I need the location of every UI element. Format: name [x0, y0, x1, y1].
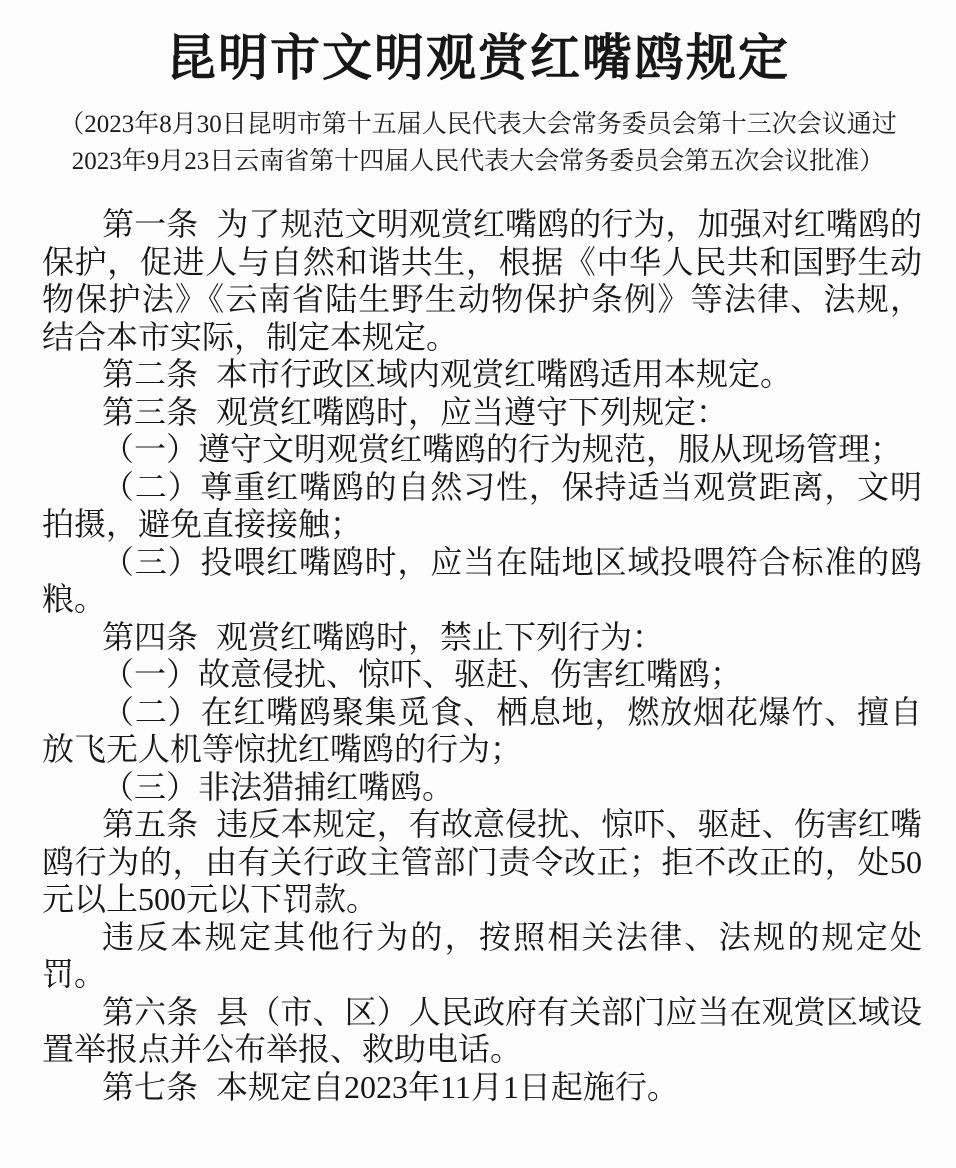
body-line: 第一条 为了规范文明观赏红嘴鸥的行为，加强对红嘴鸥的 — [42, 206, 922, 244]
body-line: 粮。 — [42, 581, 922, 619]
body-line: 保护，促进人与自然和谐共生，根据《中华人民共和国野生动 — [42, 244, 922, 282]
body-line: 第四条 观赏红嘴鸥时，禁止下列行为： — [42, 619, 922, 657]
document-body-text: 第一条 为了规范文明观赏红嘴鸥的行为，加强对红嘴鸥的 保护，促进人与自然和谐共生… — [42, 206, 922, 1106]
document-page: 昆明市文明观赏红嘴鸥规定 （2023年8月30日昆明市第十五届人民代表大会常务委… — [0, 0, 956, 1168]
body-line: 违反本规定其他行为的，按照相关法律、法规的规定处 — [42, 919, 922, 957]
body-line: （一）遵守文明观赏红嘴鸥的行为规范，服从现场管理； — [42, 431, 922, 469]
body-line: （二）尊重红嘴鸥的自然习性，保持适当观赏距离，文明 — [42, 469, 922, 507]
body-line: 拍摄，避免直接接触； — [42, 506, 922, 544]
body-line: 置举报点并公布举报、救助电话。 — [42, 1031, 922, 1069]
body-line: （一）故意侵扰、惊吓、驱赶、伤害红嘴鸥； — [42, 656, 922, 694]
body-line: 放飞无人机等惊扰红嘴鸥的行为； — [42, 731, 922, 769]
body-line: 元以上500元以下罚款。 — [42, 881, 922, 919]
body-line: （三）非法猎捕红嘴鸥。 — [42, 769, 922, 807]
body-line: （三）投喂红嘴鸥时，应当在陆地区域投喂符合标准的鸥 — [42, 544, 922, 582]
body-line: （二）在红嘴鸥聚集觅食、栖息地，燃放烟花爆竹、擅自 — [42, 694, 922, 732]
subtitle-line: （2023年8月30日昆明市第十五届人民代表大会常务委员会第十三次会议通过 — [0, 106, 956, 143]
body-line: 结合本市实际，制定本规定。 — [42, 319, 922, 357]
body-line: 第七条 本规定自2023年11月1日起施行。 — [42, 1069, 922, 1107]
document-title: 昆明市文明观赏红嘴鸥规定 — [0, 26, 956, 90]
body-line: 第六条 县（市、区）人民政府有关部门应当在观赏区域设 — [42, 994, 922, 1032]
body-line: 第二条 本市行政区域内观赏红嘴鸥适用本规定。 — [42, 356, 922, 394]
body-line: 罚。 — [42, 956, 922, 994]
subtitle-line: 2023年9月23日云南省第十四届人民代表大会常务委员会第五次会议批准） — [0, 143, 956, 180]
document-subtitle: （2023年8月30日昆明市第十五届人民代表大会常务委员会第十三次会议通过 20… — [0, 106, 956, 180]
body-line: 物保护法》《云南省陆生野生动物保护条例》等法律、法规， — [42, 281, 922, 319]
body-line: 第三条 观赏红嘴鸥时，应当遵守下列规定： — [42, 394, 922, 432]
body-line: 第五条 违反本规定，有故意侵扰、惊吓、驱赶、伤害红嘴 — [42, 806, 922, 844]
body-line: 鸥行为的，由有关行政主管部门责令改正；拒不改正的，处50 — [42, 844, 922, 882]
